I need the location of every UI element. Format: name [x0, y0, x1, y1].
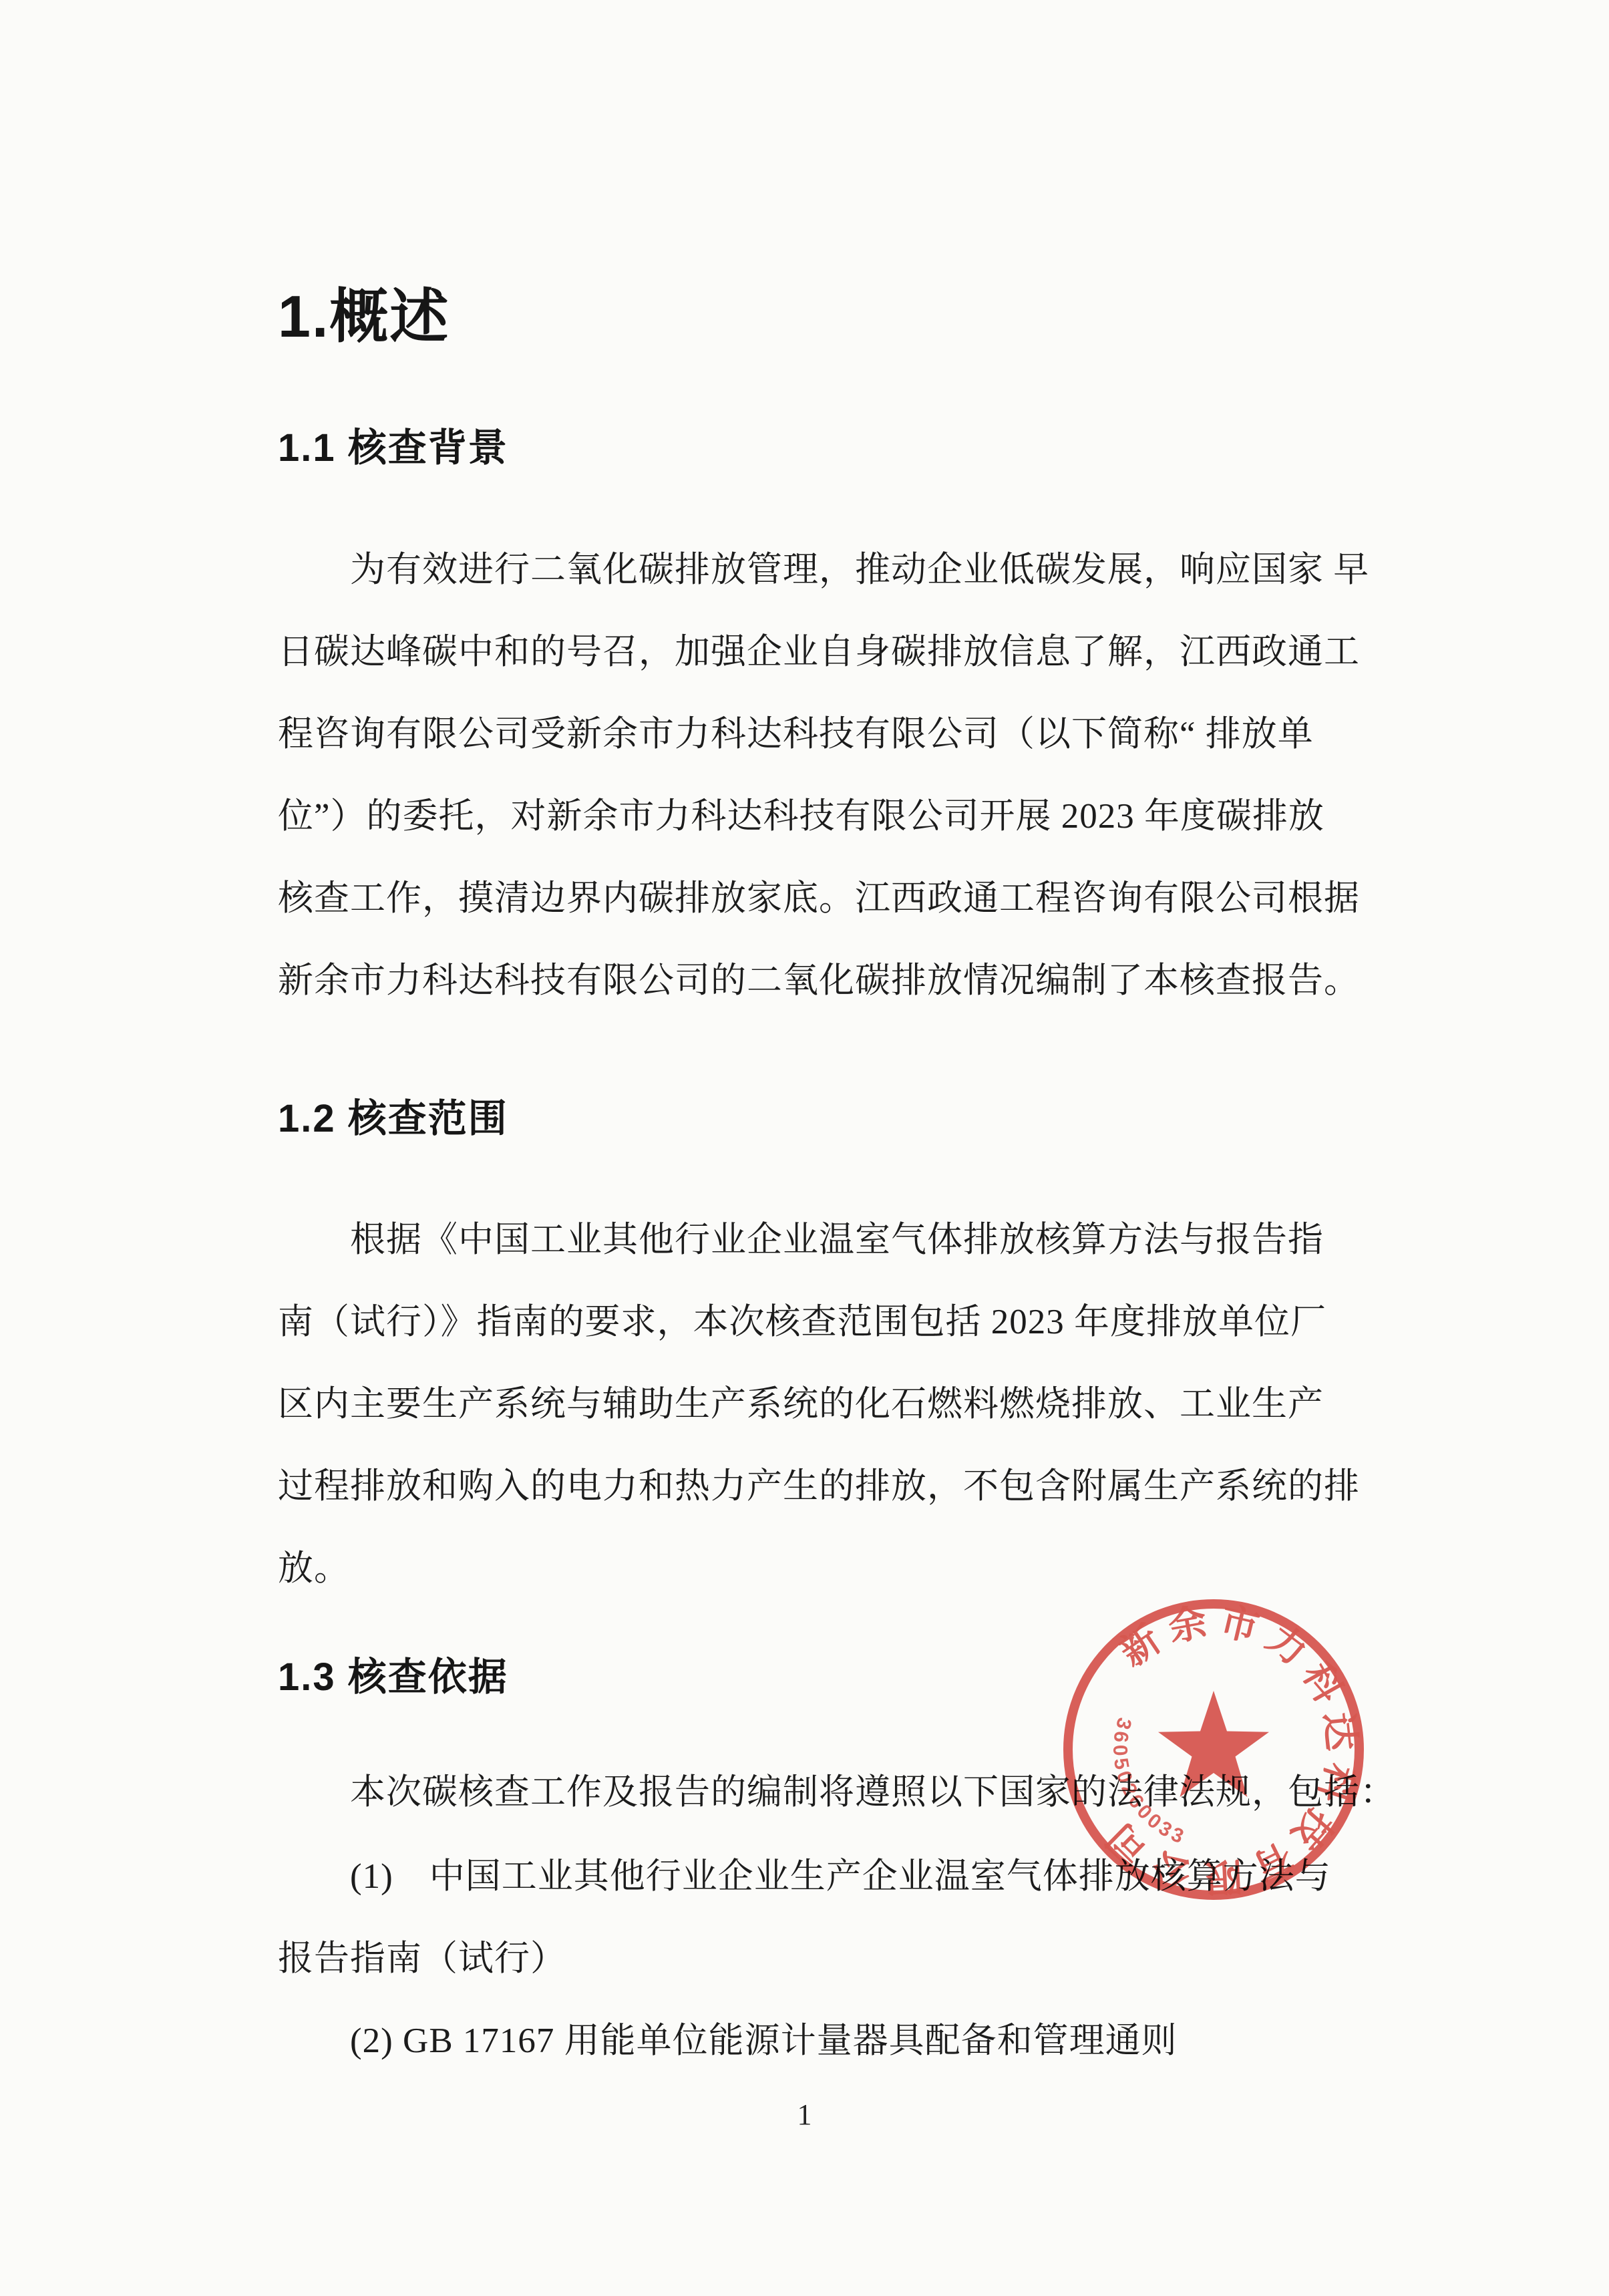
section-title: 1.概述	[278, 287, 450, 346]
heading-1-1: 1.1 核查背景	[278, 429, 508, 468]
paragraph-line: 程咨询有限公司受新余市力科达科技有限公司（以下简称“ 排放单	[278, 713, 1390, 756]
paragraph-line: 核查工作，摸清边界内碳排放家底。江西政通工程咨询有限公司根据	[278, 878, 1390, 920]
paragraph-line: 根据《中国工业其他行业企业温室气体排放核算方法与报告指	[278, 1219, 1462, 1261]
paragraph-line: 日碳达峰碳中和的号召，加强企业自身碳排放信息了解，江西政通工	[278, 631, 1390, 673]
paragraph-line: 位”）的委托，对新余市力科达科技有限公司开展 2023 年度碳排放	[278, 796, 1390, 838]
paragraph-line: 为有效进行二氧化碳排放管理，推动企业低碳发展，响应国家 早	[278, 549, 1462, 591]
heading-1-3: 1.3 核查依据	[278, 1658, 508, 1697]
list-item-2: (2) GB 17167 用能单位能源计量器具配备和管理通则	[278, 2020, 1462, 2062]
paragraph-line: 过程排放和购入的电力和热力产生的排放，不包含附属生产系统的排	[278, 1466, 1390, 1508]
company-seal-stamp: 新余市力科达科技有限公司 360502600336	[1053, 1589, 1375, 1911]
paragraph-line: 区内主要生产系统与辅助生产系统的化石燃料燃烧排放、工业生产	[278, 1383, 1390, 1426]
paragraph-line: 南（试行）》指南的要求，本次核查范围包括 2023 年度排放单位厂	[278, 1301, 1390, 1343]
paragraph-line: 放。	[278, 1548, 1390, 1590]
document-page: 1.概述 1.1 核查背景 为有效进行二氧化碳排放管理，推动企业低碳发展，响应国…	[0, 0, 1609, 2296]
page-number: 1	[0, 2098, 1609, 2132]
paragraph-line: 报告指南（试行）	[278, 1938, 1390, 1980]
paragraph-line: 新余市力科达科技有限公司的二氧化碳排放情况编制了本核查报告。	[278, 960, 1390, 1002]
heading-1-2: 1.2 核查范围	[278, 1100, 508, 1138]
seal-star-fill	[1158, 1691, 1269, 1797]
